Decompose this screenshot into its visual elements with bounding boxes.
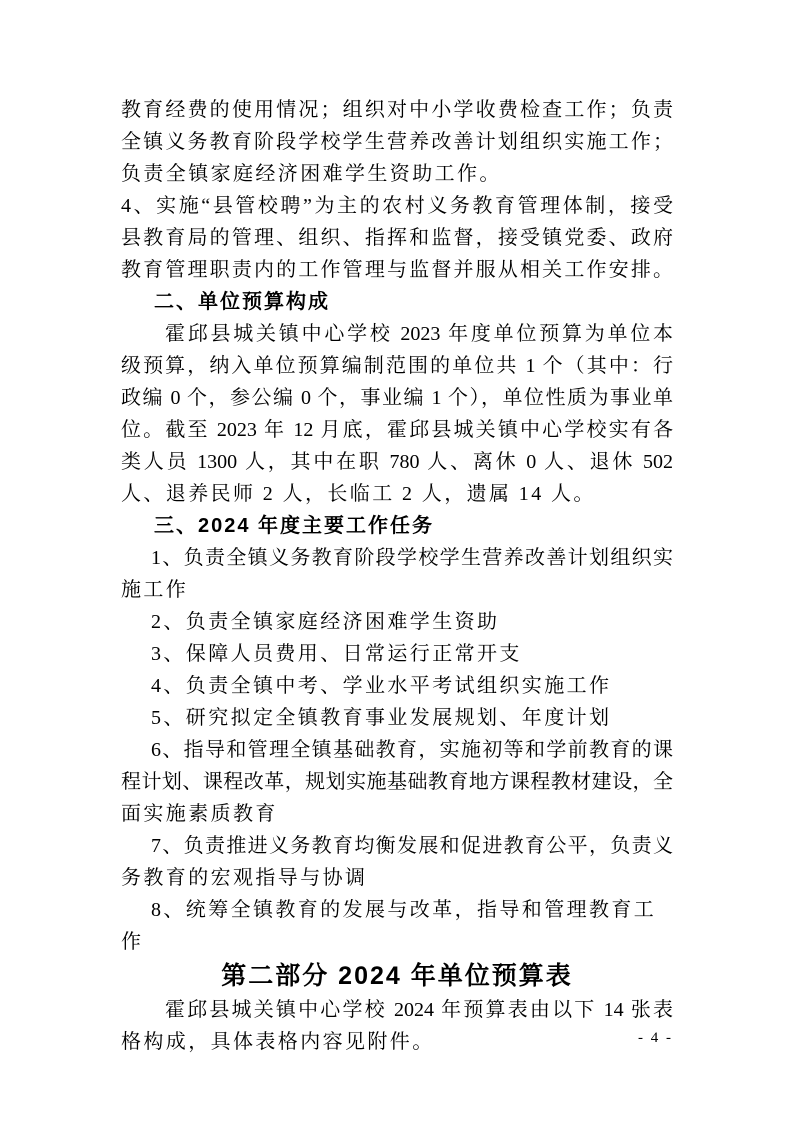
task-item-6-line: 面实施素质教育 <box>121 798 673 830</box>
task-item-3-line: 3、保障人员费用、日常运行正常开支 <box>121 638 673 670</box>
task-item-2-line: 2、负责全镇家庭经济困难学生资助 <box>121 606 673 638</box>
doc-line: 级预算，纳入单位预算编制范围的单位共 1 个（其中：行 <box>121 350 673 382</box>
section-title-2024-budget-tables: 第二部分 2024 年单位预算表 <box>121 958 673 994</box>
page-number: - 4 - <box>638 1030 673 1047</box>
task-item-7-line: 7、负责推进义务教育均衡发展和促进教育公平，负责义 <box>121 830 673 862</box>
doc-line: 全镇义务教育阶段学校学生营养改善计划组织实施工作； <box>121 126 673 158</box>
task-item-6-line: 程计划、课程改革，规划实施基础教育地方课程教材建设，全 <box>121 766 673 798</box>
doc-line: 霍邱县城关镇中心学校 2023 年度单位预算为单位本 <box>121 318 673 350</box>
doc-line: 霍邱县城关镇中心学校 2024 年预算表由以下 14 张表 <box>121 994 673 1026</box>
task-item-5-line: 5、研究拟定全镇教育事业发展规划、年度计划 <box>121 702 673 734</box>
doc-line: 政编 0 个，参公编 0 个，事业编 1 个），单位性质为事业单 <box>121 382 673 414</box>
task-item-8-line: 8、统筹全镇教育的发展与改革，指导和管理教育工作 <box>121 894 673 958</box>
heading-2024-main-tasks: 三、2024 年度主要工作任务 <box>121 510 673 542</box>
doc-line: 类人员 1300 人，其中在职 780 人、离休 0 人、退休 502 <box>121 446 673 478</box>
task-item-1-line: 1、负责全镇义务教育阶段学校学生营养改善计划组织实 <box>121 542 673 574</box>
task-item-1-line: 施工作 <box>121 574 673 606</box>
task-item-6-line: 6、指导和管理全镇基础教育，实施初等和学前教育的课 <box>121 734 673 766</box>
task-item-7-line: 务教育的宏观指导与协调 <box>121 862 673 894</box>
doc-line: 教育管理职责内的工作管理与监督并服从相关工作安排。 <box>121 254 673 286</box>
document-page: 教育经费的使用情况；组织对中小学收费检查工作；负责 全镇义务教育阶段学校学生营养… <box>0 0 793 1122</box>
document-body: 教育经费的使用情况；组织对中小学收费检查工作；负责 全镇义务教育阶段学校学生营养… <box>121 94 673 1058</box>
doc-line: 教育经费的使用情况；组织对中小学收费检查工作；负责 <box>121 94 673 126</box>
task-item-4-line: 4、负责全镇中考、学业水平考试组织实施工作 <box>121 670 673 702</box>
doc-line: 人、退养民师 2 人，长临工 2 人，遗属 14 人。 <box>121 478 673 510</box>
heading-unit-budget-composition: 二、单位预算构成 <box>121 286 673 318</box>
doc-line: 县教育局的管理、组织、指挥和监督，接受镇党委、政府 <box>121 222 673 254</box>
doc-line: 位。截至 2023 年 12 月底，霍邱县城关镇中心学校实有各 <box>121 414 673 446</box>
doc-line: 负责全镇家庭经济困难学生资助工作。 <box>121 158 673 190</box>
doc-line: 格构成，具体表格内容见附件。 <box>121 1026 673 1058</box>
doc-line: 4、实施“县管校聘”为主的农村义务教育管理体制，接受 <box>121 190 673 222</box>
